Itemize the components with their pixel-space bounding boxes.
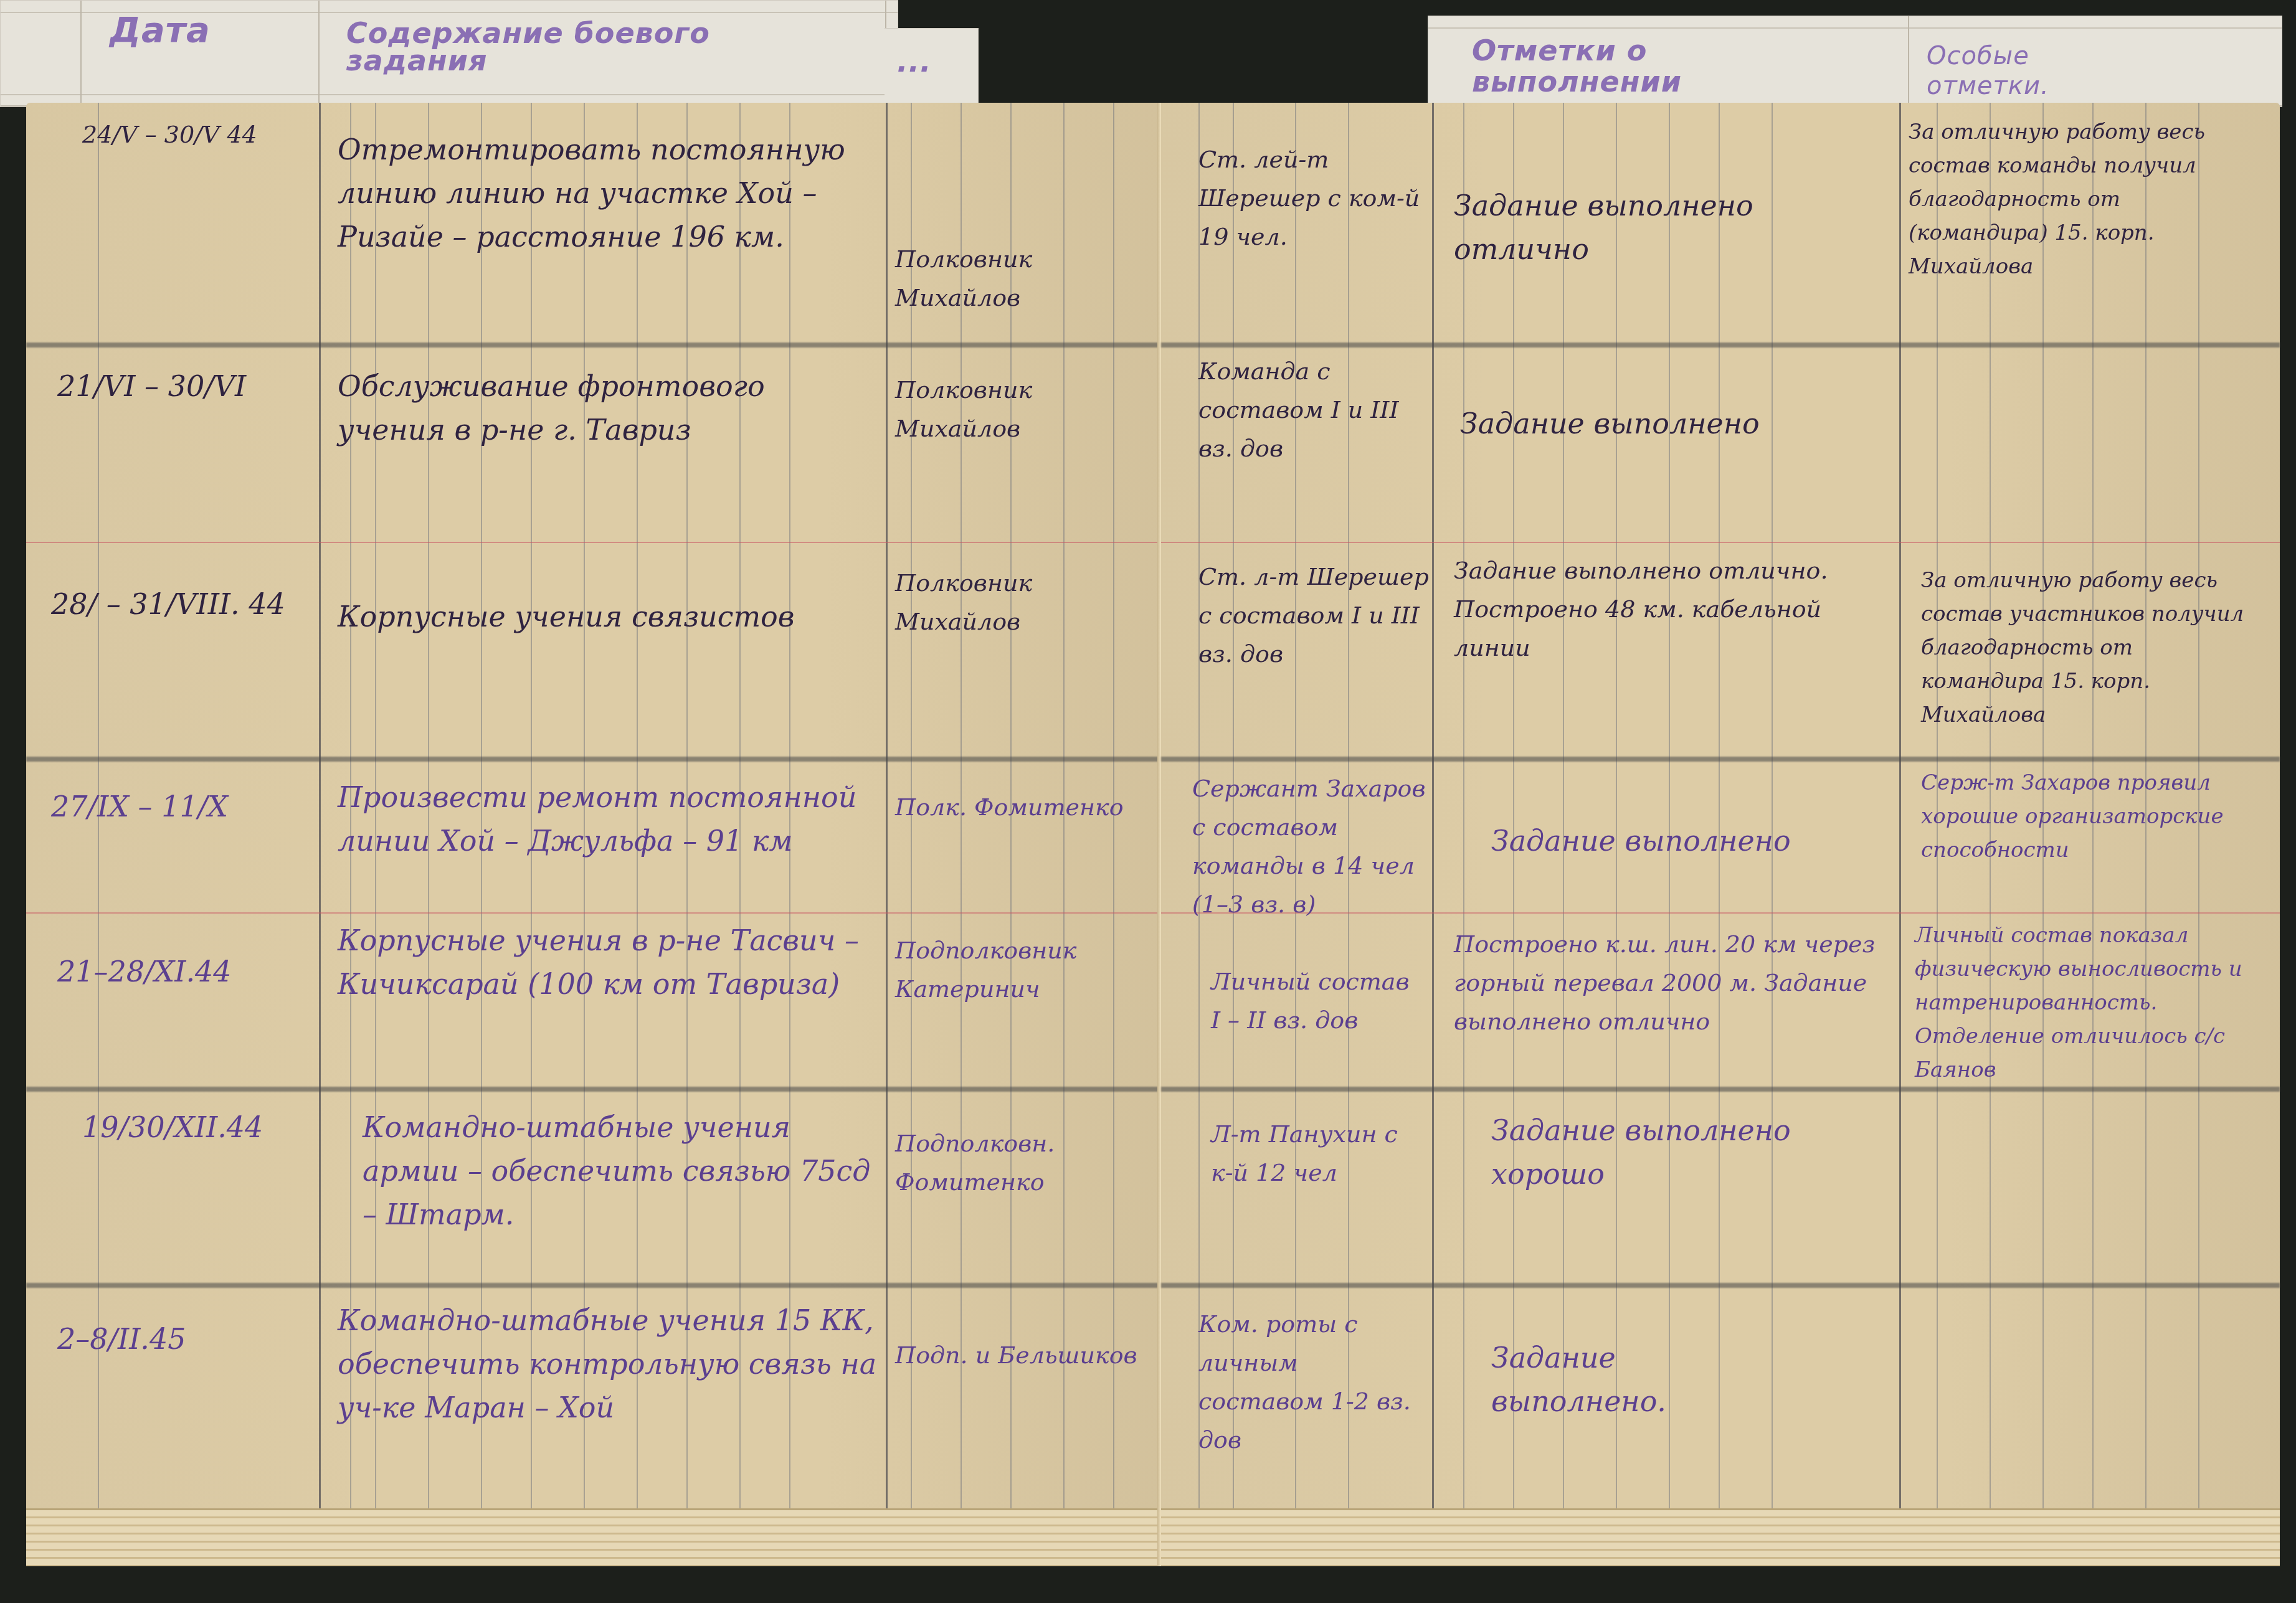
entry-7-issued-by: Подп. и Бельшиков	[895, 1336, 1150, 1374]
entry-3-date: 28/ – 31/VIII. 44	[51, 582, 313, 626]
entry-7-task: Командно-штабные учения 15 КК, обеспечит…	[338, 1298, 880, 1429]
right-page: Ст. лей-т Шерешер с ком-й 19 чел. Задани…	[1161, 103, 2280, 1566]
entry-3-issued-by: Полковник Михайлов	[895, 564, 1150, 641]
entry-6-task: Командно-штабные учения армии – обеспечи…	[363, 1105, 880, 1236]
entry-1-executor: Ст. лей-т Шерешер с ком-й 19 чел.	[1198, 140, 1423, 256]
entry-1-issued-by: Полковник Михайлов	[895, 240, 1150, 317]
entry-7-executor: Ком. роты с личным составом 1-2 вз. дов	[1198, 1305, 1423, 1459]
entry-7-result: Задание выполнено.	[1491, 1336, 1765, 1423]
entry-2-task: Обслуживание фронтового учения в р-не г.…	[338, 364, 873, 452]
entry-5-task: Корпусные учения в р-не Тасвич – Кичикса…	[338, 919, 880, 1006]
execution-marks-column-header: Отметки о выполнении	[1472, 35, 1752, 97]
entry-4-executor: Сержант Захаров с составом команды в 14 …	[1192, 769, 1429, 924]
entry-1-result: Задание выполнено отлично	[1454, 184, 1890, 271]
header-strip-right: Отметки о выполнении Особые отметки.	[1428, 16, 2282, 107]
entry-6-issued-by: Подполковн. Фомитенко	[895, 1124, 1150, 1201]
entry-2-issued-by: Полковник Михайлов	[895, 371, 1150, 448]
partial-column-header: ...	[897, 47, 931, 76]
entry-4-issued-by: Полк. Фомитенко	[895, 788, 1150, 826]
left-page: 24/V – 30/V 44 Отремонтировать постоянну…	[26, 103, 1161, 1566]
entry-3-executor: Ст. л-т Шерешер с составом I и III вз. д…	[1198, 557, 1429, 673]
entry-7-date: 2–8/II.45	[57, 1317, 319, 1361]
page-edge	[1161, 1508, 2280, 1566]
entry-6-date: 19/30/XII.44	[82, 1105, 319, 1149]
header-strip-left: Дата Содержание боевого задания	[0, 0, 898, 107]
entry-5-date: 21–28/XI.44	[57, 950, 319, 993]
entry-2-date: 21/VI – 30/VI	[57, 364, 319, 408]
entry-5-result: Построено к.ш. лин. 20 км через горный п…	[1454, 925, 1890, 1041]
page-edge	[26, 1508, 1161, 1566]
entry-4-date: 27/IX – 11/X	[51, 785, 313, 828]
entry-2-executor: Команда с составом I и III вз. дов	[1198, 352, 1429, 468]
entry-6-executor: Л-т Панухин с к-й 12 чел	[1211, 1115, 1423, 1192]
entry-3-result: Задание выполнено отлично. Построено 48 …	[1454, 551, 1890, 667]
entry-1-date: 24/V – 30/V 44	[82, 115, 319, 154]
entry-5-issued-by: Подполковник Катеринич	[895, 931, 1150, 1008]
entry-5-notes: Личный состав показал физическую выносли…	[1915, 919, 2264, 1087]
entry-3-task: Корпусные учения связистов	[338, 595, 880, 638]
entry-2-result: Задание выполнено	[1460, 402, 1896, 445]
entry-4-task: Произвести ремонт постоянной линии Хой –…	[338, 775, 880, 863]
entry-4-result: Задание выполнено	[1491, 819, 1890, 863]
entry-1-task: Отремонтировать постоянную линию линию н…	[338, 128, 880, 258]
header-strip-left-fragment: ...	[885, 28, 979, 107]
entry-3-notes: За отличную работу весь состав участнико…	[1921, 564, 2257, 732]
entry-4-notes: Серж-т Захаров проявил хорошие организат…	[1921, 766, 2257, 867]
special-notes-column-header: Особые отметки.	[1927, 41, 2113, 101]
task-column-header: Содержание боевого задания	[346, 19, 770, 74]
date-column-header: Дата	[110, 13, 211, 48]
entry-5-executor: Личный состав I – II вз. дов	[1211, 962, 1423, 1039]
entry-1-notes: За отличную работу весь состав команды п…	[1909, 115, 2257, 283]
entry-6-result: Задание выполнено хорошо	[1491, 1109, 1890, 1196]
